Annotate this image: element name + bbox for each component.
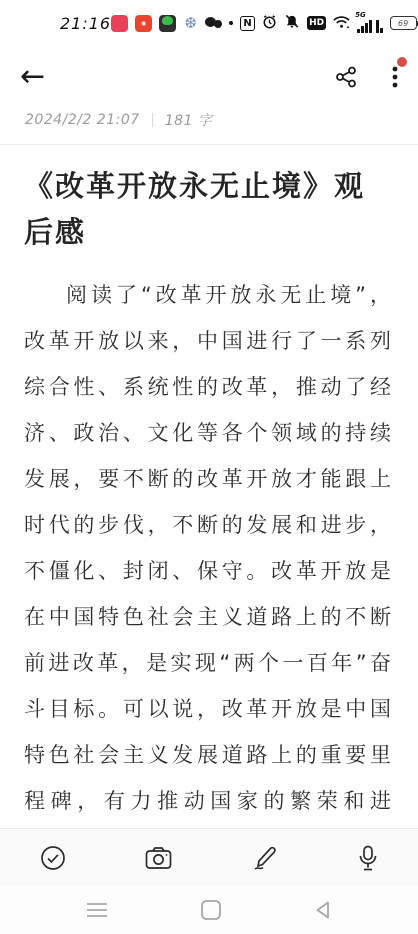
notes-app-screen: 21:16 ◉ ❆ N HD 5G 69 xyxy=(0,0,418,934)
microphone-button[interactable] xyxy=(358,845,378,871)
handwriting-pen-button[interactable] xyxy=(252,845,279,871)
battery-icon: 69 xyxy=(390,16,417,30)
signal-bars-icon: 5G xyxy=(357,14,383,33)
wifi-icon xyxy=(333,14,350,33)
status-icons: ◉ ❆ N HD 5G 69 xyxy=(111,14,417,33)
back-button[interactable]: ← xyxy=(20,62,45,92)
back-nav-button[interactable] xyxy=(313,900,333,920)
red-app-notification-icon xyxy=(111,15,128,32)
note-header: ← xyxy=(0,46,418,108)
share-button[interactable] xyxy=(334,65,358,89)
status-bar: 21:16 ◉ ❆ N HD 5G 69 xyxy=(0,0,418,46)
chat-bubbles-icon xyxy=(205,16,222,30)
hd-icon: HD xyxy=(307,16,326,30)
orange-app-notification-icon: ◉ xyxy=(135,15,152,32)
notification-badge xyxy=(397,57,407,67)
note-date: 2024/2/2 21:07 xyxy=(25,112,140,128)
camera-button[interactable] xyxy=(145,846,172,870)
recents-menu-button[interactable] xyxy=(85,902,109,918)
alarm-icon xyxy=(262,14,277,33)
home-button[interactable] xyxy=(200,899,222,921)
note-meta: 2024/2/2 21:07 181 字 xyxy=(0,108,418,144)
nfc-icon: N xyxy=(240,16,255,31)
system-navbar xyxy=(0,886,418,934)
note-title[interactable]: 《改革开放永无止境》观后感 xyxy=(24,163,394,256)
mute-icon xyxy=(284,14,300,33)
snowflake-app-icon: ❆ xyxy=(183,15,198,32)
note-word-count: 181 字 xyxy=(165,110,213,130)
meta-divider xyxy=(152,113,153,127)
notification-dot-icon xyxy=(229,21,233,25)
green-app-notification-icon xyxy=(159,15,176,32)
note-body-text[interactable]: 阅读了“改革开放永无止境”，改革开放以来，中国进行了一系列综合性、系统性的改革，… xyxy=(24,272,394,828)
note-content[interactable]: 《改革开放永无止境》观后感 阅读了“改革开放永无止境”，改革开放以来，中国进行了… xyxy=(0,145,418,828)
done-check-button[interactable] xyxy=(40,845,66,871)
clock-text: 21:16 xyxy=(60,14,111,33)
note-toolbar xyxy=(0,828,418,886)
more-menu-button[interactable] xyxy=(392,65,398,89)
